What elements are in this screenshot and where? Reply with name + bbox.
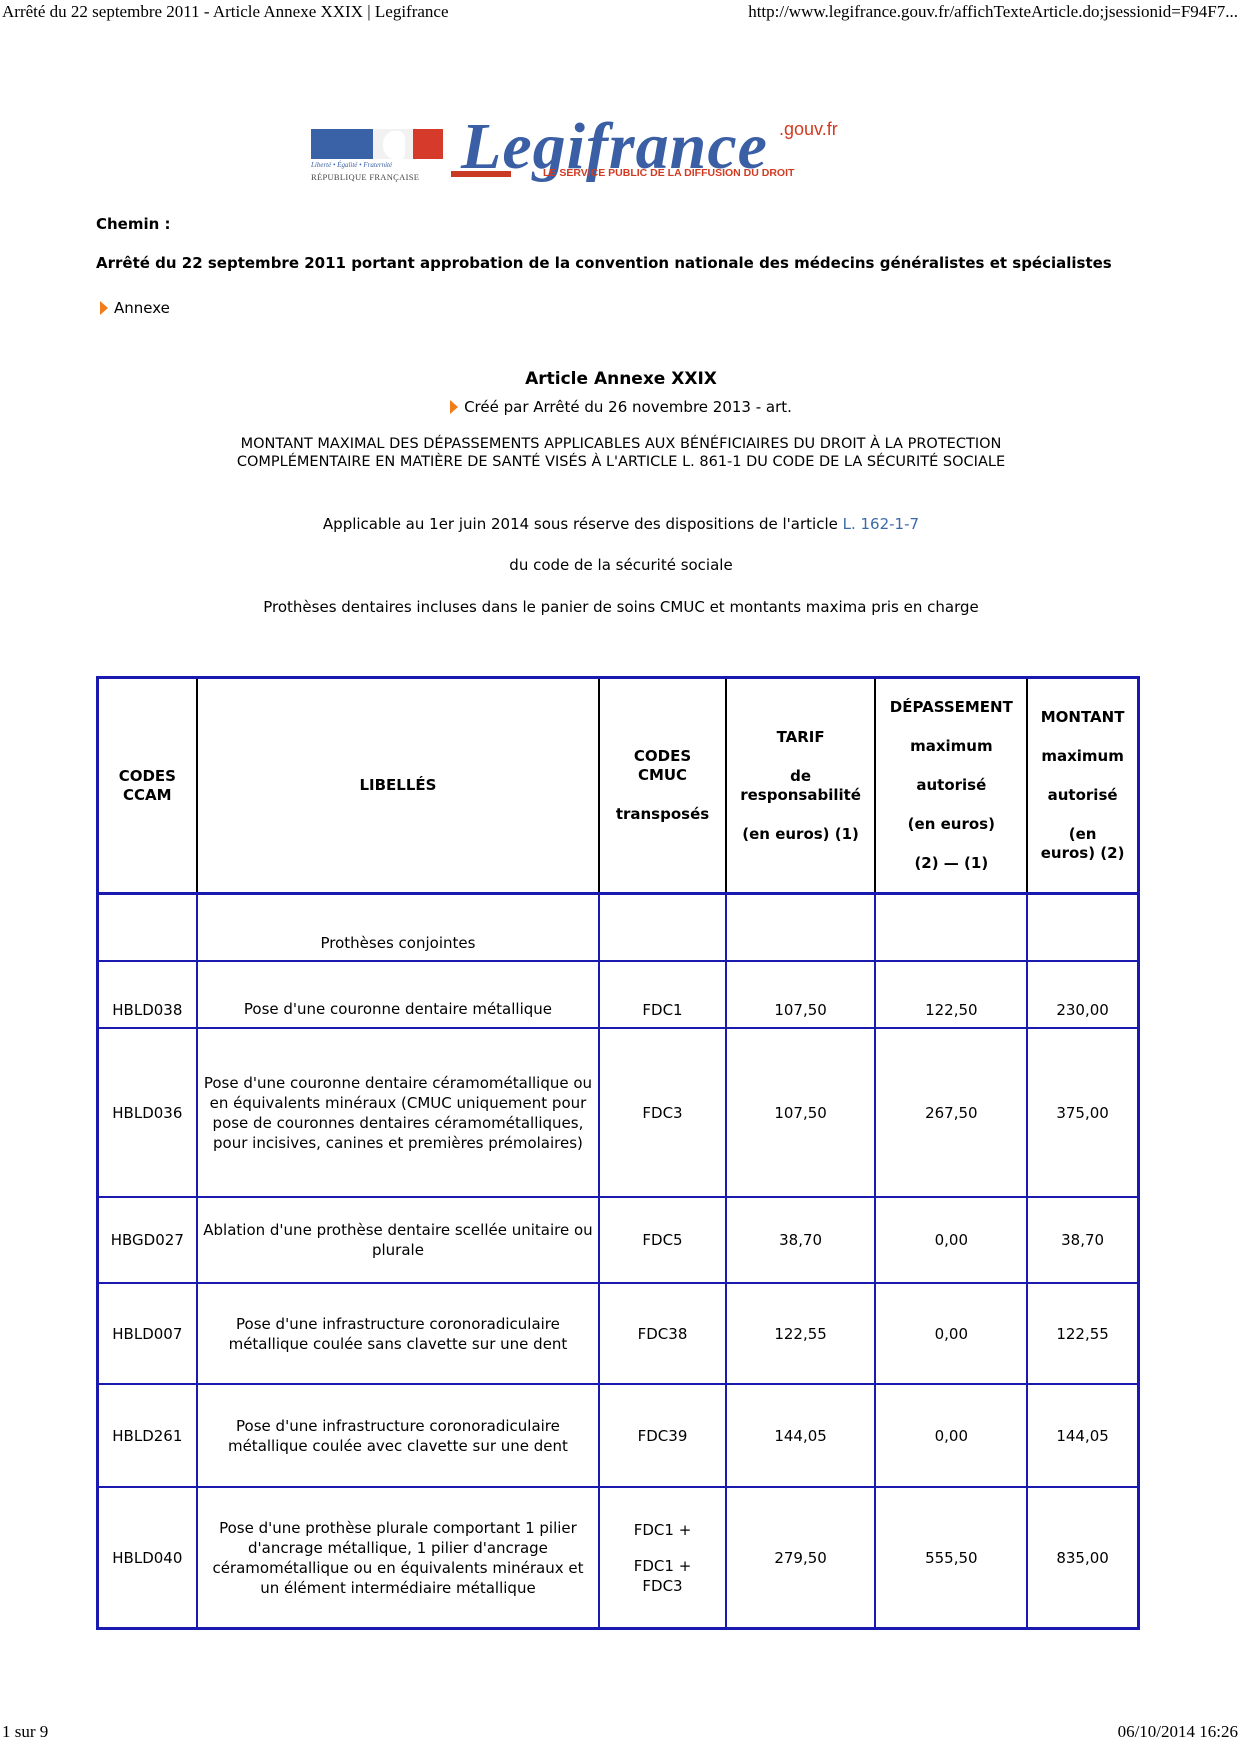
logo-motto: Liberté • Égalité • Fraternité [311, 161, 446, 169]
cell-depassement: 122,50 [875, 961, 1027, 1028]
cell-code-ccam: HBGD027 [98, 1197, 197, 1283]
created-by-label: Créé par Arrêté du 26 novembre 2013 - ar… [464, 398, 792, 416]
breadcrumb-title-link[interactable]: Arrêté du 22 septembre 2011 portant appr… [96, 254, 1136, 273]
cell-libelle: Pose d'une prothèse plurale comportant 1… [197, 1487, 600, 1629]
cell-libelle: Pose d'une couronne dentaire céramométal… [197, 1028, 600, 1197]
cell-depassement: 555,50 [875, 1487, 1027, 1629]
cell-code-cmuc: FDC3 [599, 1028, 725, 1197]
print-header: Arrêté du 22 septembre 2011 - Article An… [0, 2, 1240, 24]
cell-montant: 144,05 [1027, 1384, 1138, 1487]
cell-tarif: 144,05 [726, 1384, 876, 1487]
cell-libelle: Ablation d'une prothèse dentaire scellée… [197, 1197, 600, 1283]
cell-code-cmuc: FDC1 [599, 961, 725, 1028]
page-title: Arrêté du 22 septembre 2011 - Article An… [2, 2, 449, 22]
cell-depassement: 0,00 [875, 1384, 1027, 1487]
cell-code-ccam: HBLD007 [98, 1283, 197, 1384]
cell-tarif: 107,50 [726, 961, 876, 1028]
cell-depassement: 267,50 [875, 1028, 1027, 1197]
table-row: HBLD007Pose d'une infrastructure coronor… [98, 1283, 1139, 1384]
cell-code-cmuc: FDC39 [599, 1384, 725, 1487]
cell-code-ccam: HBLD038 [98, 961, 197, 1028]
header-tarif: TARIFderesponsabilité(en euros) (1) [726, 678, 876, 894]
orange-arrow-icon [100, 301, 108, 315]
applicable-paragraph: Applicable au 1er juin 2014 sous réserve… [96, 515, 1146, 533]
header-codes-cmuc: CODESCMUCtransposés [599, 678, 725, 894]
cell-libelle: Pose d'une couronne dentaire métallique [197, 961, 600, 1028]
print-datetime: 06/10/2014 16:26 [1118, 1722, 1238, 1742]
cell-libelle: Pose d'une infrastructure coronoradicula… [197, 1283, 600, 1384]
section-label: Prothèses conjointes [197, 894, 600, 962]
cell-code-cmuc: FDC38 [599, 1283, 725, 1384]
applicable-text: Applicable au 1er juin 2014 sous réserve… [323, 515, 843, 533]
page-number: 1 sur 9 [2, 1722, 48, 1742]
cell-libelle: Pose d'une infrastructure coronoradicula… [197, 1384, 600, 1487]
cell-montant: 38,70 [1027, 1197, 1138, 1283]
table-row: HBLD040Pose d'une prothèse plurale compo… [98, 1487, 1139, 1629]
print-footer: 1 sur 9 06/10/2014 16:26 [0, 1722, 1240, 1744]
cell-montant: 375,00 [1027, 1028, 1138, 1197]
logo-tagline: LE SERVICE PUBLIC DE LA DIFFUSION DU DRO… [543, 167, 794, 179]
page-url: http://www.legifrance.gouv.fr/affichText… [748, 2, 1238, 22]
breadcrumb-item-annexe[interactable]: Annexe [100, 299, 170, 317]
table-row: HBLD038Pose d'une couronne dentaire méta… [98, 961, 1139, 1028]
table-header-row: CODESCCAMLIBELLÉSCODESCMUCtransposésTARI… [98, 678, 1139, 894]
heading-line-2: COMPLÉMENTAIRE EN MATIÈRE DE SANTÉ VISÉS… [96, 453, 1146, 471]
cell-depassement: 0,00 [875, 1197, 1027, 1283]
table-row: HBGD027Ablation d'une prothèse dentaire … [98, 1197, 1139, 1283]
logo-republique: RÉPUBLIQUE FRANÇAISE [311, 172, 446, 182]
cell-code-cmuc: FDC5 [599, 1197, 725, 1283]
code-ss-paragraph: du code de la sécurité sociale [96, 556, 1146, 574]
article-link-l162-1-7[interactable]: L. 162-1-7 [843, 515, 919, 533]
article-main-heading: MONTANT MAXIMAL DES DÉPASSEMENTS APPLICA… [96, 435, 1146, 471]
cell-montant: 835,00 [1027, 1487, 1138, 1629]
header-depassement: DÉPASSEMENTmaximumautorisé(en euros)(2) … [875, 678, 1027, 894]
cell-tarif: 279,50 [726, 1487, 876, 1629]
table-section-row: Prothèses conjointes [98, 894, 1139, 962]
marianne-flag-icon [311, 129, 443, 159]
cell-depassement: 0,00 [875, 1283, 1027, 1384]
cell-montant: 122,55 [1027, 1283, 1138, 1384]
table-row: HBLD036Pose d'une couronne dentaire céra… [98, 1028, 1139, 1197]
orange-arrow-icon [450, 400, 458, 414]
breadcrumb-label: Chemin : [96, 215, 171, 233]
cell-code-ccam: HBLD040 [98, 1487, 197, 1629]
cell-tarif: 122,55 [726, 1283, 876, 1384]
heading-line-1: MONTANT MAXIMAL DES DÉPASSEMENTS APPLICA… [96, 435, 1146, 453]
table-row: HBLD261Pose d'une infrastructure coronor… [98, 1384, 1139, 1487]
cell-code-ccam: HBLD036 [98, 1028, 197, 1197]
header-codes-ccam: CODESCCAM [98, 678, 197, 894]
header-montant: MONTANTmaximumautorisé(eneuros) (2) [1027, 678, 1138, 894]
header-libelles: LIBELLÉS [197, 678, 600, 894]
logo-bar [451, 171, 511, 177]
breadcrumb-item-label: Annexe [114, 299, 170, 317]
table-intro: Prothèses dentaires incluses dans le pan… [96, 598, 1146, 616]
cell-tarif: 38,70 [726, 1197, 876, 1283]
cell-tarif: 107,50 [726, 1028, 876, 1197]
cell-code-ccam: HBLD261 [98, 1384, 197, 1487]
legifrance-logo[interactable]: Liberté • Égalité • Fraternité RÉPUBLIQU… [311, 123, 931, 185]
logo-domain: .gouv.fr [779, 119, 838, 140]
article-title: Article Annexe XXIX [96, 369, 1146, 389]
tariff-table: CODESCCAMLIBELLÉSCODESCMUCtransposésTARI… [96, 676, 1140, 1630]
cell-code-cmuc: FDC1 +FDC1 +FDC3 [599, 1487, 725, 1629]
cell-montant: 230,00 [1027, 961, 1138, 1028]
created-by-link[interactable]: Créé par Arrêté du 26 novembre 2013 - ar… [96, 398, 1146, 416]
